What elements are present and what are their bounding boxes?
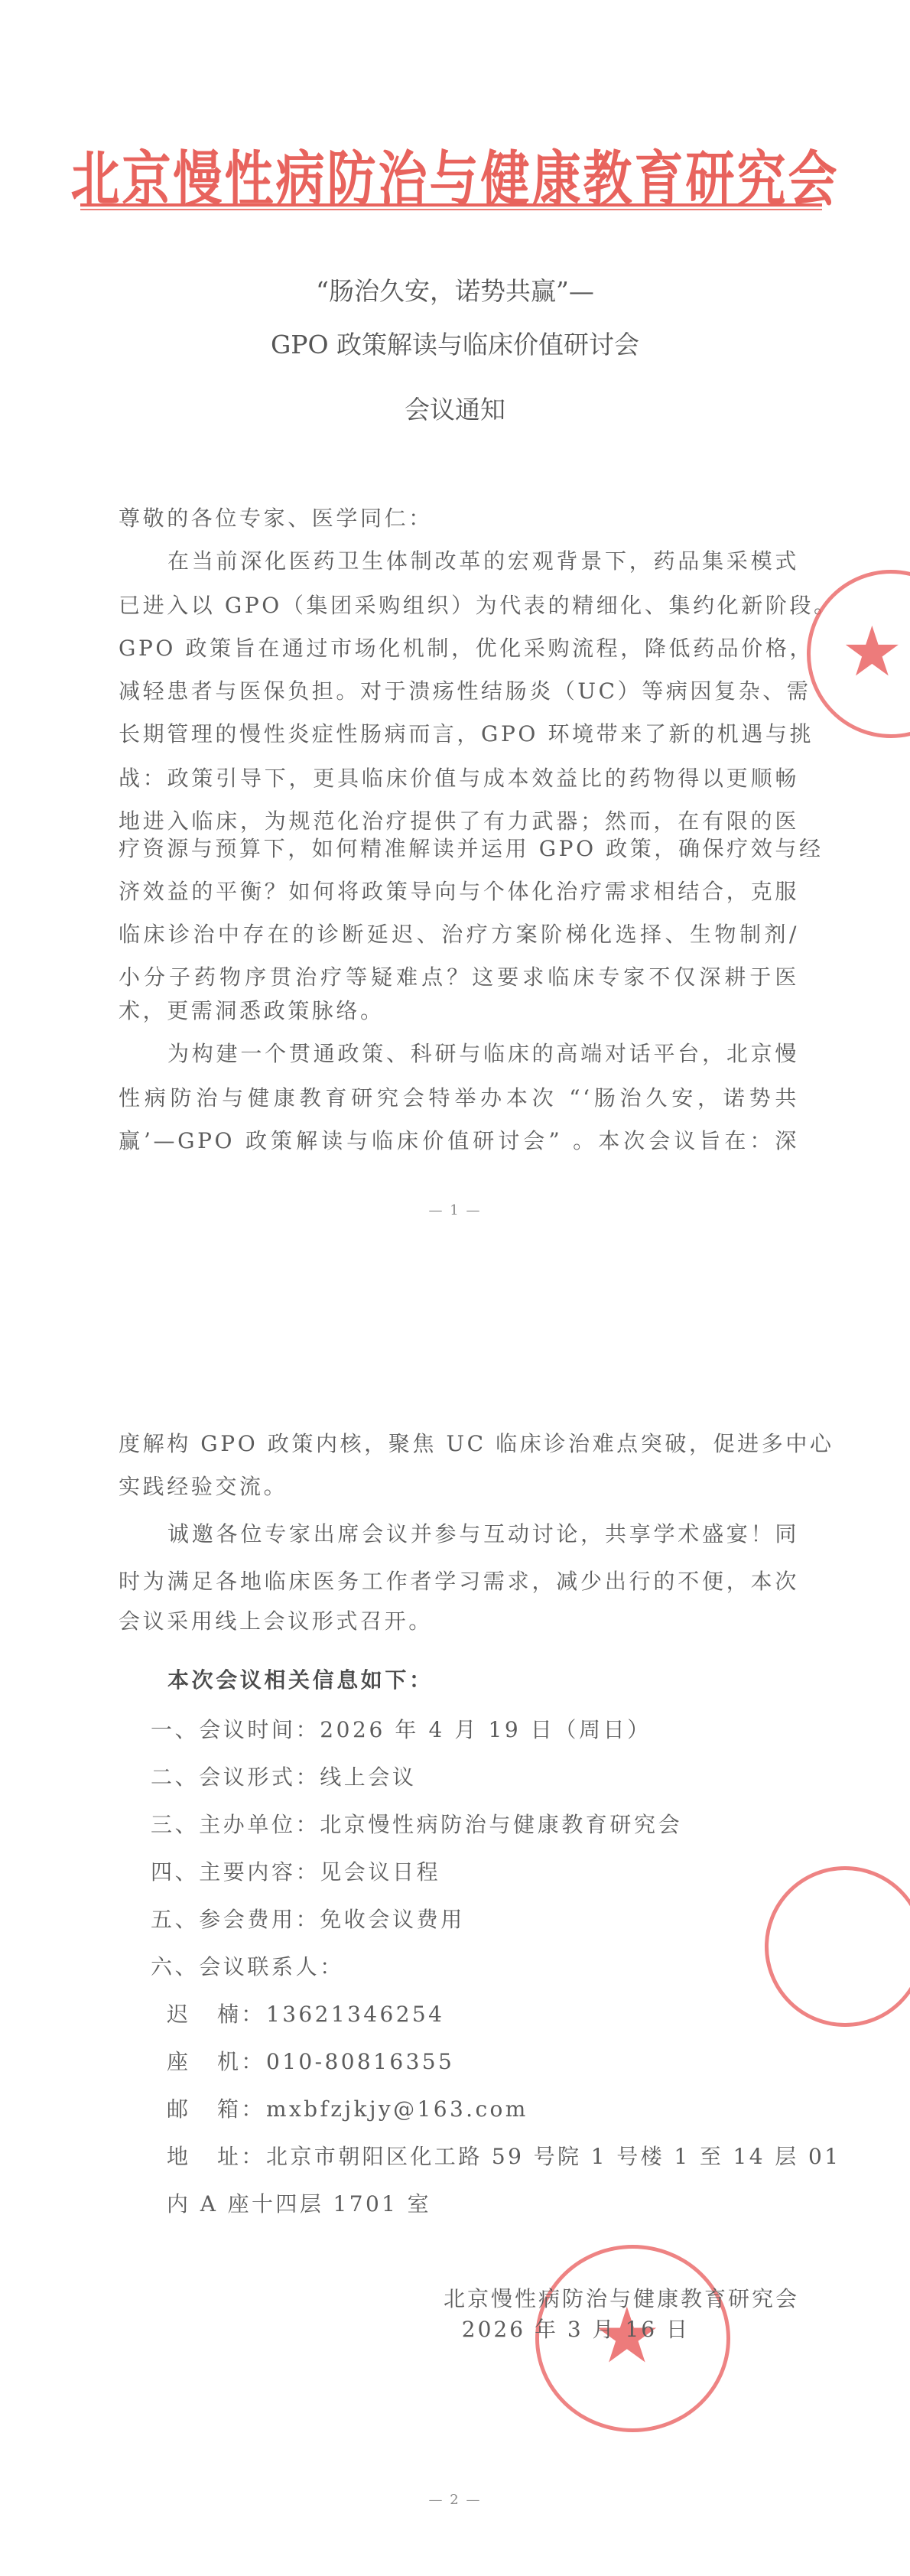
paragraph-line: 地进入临床，为规范化治疗提供了有力武器；然而，在有限的医 <box>119 805 799 835</box>
address-continuation: 内 A 座十四层 1701 室 <box>167 2187 431 2218</box>
info-value: 2026 年 4 月 19 日（周日） <box>320 1717 652 1742</box>
paragraph-line: 会议采用线上会议形式召开。 <box>119 1605 799 1635</box>
paragraph-line: 为构建一个贯通政策、科研与临床的高端对话平台，北京慢 <box>167 1037 799 1068</box>
paragraph-line: 实践经验交流。 <box>119 1470 799 1501</box>
paragraph-line: 临床诊治中存在的诊断延迟、治疗方案阶梯化选择、生物制剂/ <box>119 918 799 948</box>
info-item-content: 四、主要内容：见会议日程 <box>151 1856 440 1886</box>
info-heading: 本次会议相关信息如下： <box>167 1664 848 1694</box>
signature-organization: 北京慢性病防治与健康教育研究会 <box>444 2282 799 2313</box>
official-seal-stamp <box>765 1866 910 2027</box>
paragraph-line: 战：政策引导下，更具临床价值与成本效益比的药物得以更顺畅 <box>119 762 799 792</box>
contact-address: 地址：北京市朝阳区化工路 59 号院 1 号楼 1 至 14 层 01 <box>167 2140 840 2171</box>
paragraph-line: 术，更需洞悉政策脉络。 <box>119 994 799 1025</box>
info-item-contact: 六、会议联系人： <box>151 1950 344 1981</box>
paragraph-line: 减轻患者与医保负担。对于溃疡性结肠炎（UC）等病因复杂、需 <box>119 675 799 705</box>
heading-notice-title: 会议通知 <box>0 390 910 426</box>
letterhead-red-rule <box>80 203 822 207</box>
paragraph-line: 时为满足各地临床医务工作者学习需求，减少出行的不便，本次 <box>119 1565 799 1595</box>
address-value: 北京市朝阳区化工路 59 号院 1 号楼 1 至 14 层 01 <box>266 2144 840 2169</box>
star-icon: ★ <box>841 612 903 692</box>
info-item-fee: 五、参会费用：免收会议费用 <box>151 1903 465 1934</box>
paragraph-line: 诚邀各位专家出席会议并参与互动讨论，共享学术盛宴！同 <box>167 1517 799 1548</box>
signature-date: 2026 年 3 月 16 日 <box>462 2313 690 2343</box>
paragraph-line: 已进入以 GPO（集团采购组织）为代表的精细化、集约化新阶段。 <box>119 589 799 620</box>
heading-event-title: GPO 政策解读与临床价值研讨会 <box>0 325 910 361</box>
letterhead-red-rule-thin <box>80 209 822 210</box>
info-item-organizer: 三、主办单位：北京慢性病防治与健康教育研究会 <box>151 1808 682 1839</box>
info-item-time: 一、会议时间：2026 年 4 月 19 日（周日） <box>151 1713 652 1744</box>
paragraph-line: 长期管理的慢性炎症性肠病而言，GPO 环境带来了新的机遇与挑 <box>119 717 799 748</box>
heading-slogan: “肠治久安，诺势共赢”— <box>0 272 910 307</box>
info-value: 线上会议 <box>320 1764 416 1790</box>
info-label: 四、主要内容： <box>151 1859 320 1885</box>
contact-email: 邮箱：mxbfzjkjy@163.com <box>167 2093 528 2123</box>
contact-person: 迟楠：13621346254 <box>167 1998 444 2028</box>
paragraph-line: 在当前深化医药卫生体制改革的宏观背景下，药品集采模式 <box>167 545 799 575</box>
info-label: 五、参会费用： <box>151 1907 320 1932</box>
info-label: 三、主办单位： <box>151 1812 320 1837</box>
info-label: 六、会议联系人： <box>151 1954 344 1979</box>
page-number: — 2 — <box>0 2492 910 2508</box>
paragraph-line: 度解构 GPO 政策内核，聚焦 UC 临床诊治难点突破，促进多中心 <box>119 1427 799 1458</box>
paragraph-line: GPO 政策旨在通过市场化机制，优化采购流程，降低药品价格， <box>119 632 799 662</box>
paragraph-line: 济效益的平衡？如何将政策导向与个体化治疗需求相结合，克服 <box>119 875 799 906</box>
info-item-format: 二、会议形式：线上会议 <box>151 1761 417 1791</box>
paragraph-line: 疗资源与预算下，如何精准解读并运用 GPO 政策，确保疗效与经 <box>119 832 799 863</box>
paragraph-line: 性病防治与健康教育研究会特举办本次 “‘肠治久安，诺势共 <box>119 1081 799 1112</box>
contact-landline: 座机：010-80816355 <box>167 2045 454 2076</box>
info-label: 一、会议时间： <box>151 1717 320 1742</box>
paragraph-line: 赢’—GPO 政策解读与临床价值研讨会” 。本次会议旨在：深 <box>119 1124 799 1155</box>
info-value: 见会议日程 <box>320 1859 440 1885</box>
paragraph-line: 小分子药物序贯治疗等疑难点？这要求临床专家不仅深耕于医 <box>119 961 799 991</box>
page-number: — 1 — <box>0 1202 910 1218</box>
landline-number: 010-80816355 <box>266 2049 454 2074</box>
contact-phone: 13621346254 <box>266 2002 444 2027</box>
email-address: mxbfzjkjy@163.com <box>266 2096 528 2122</box>
info-value: 免收会议费用 <box>320 1907 465 1932</box>
salutation: 尊敬的各位专家、医学同仁： <box>119 502 799 532</box>
info-label: 二、会议形式： <box>151 1764 320 1790</box>
info-value: 北京慢性病防治与健康教育研究会 <box>320 1812 682 1837</box>
